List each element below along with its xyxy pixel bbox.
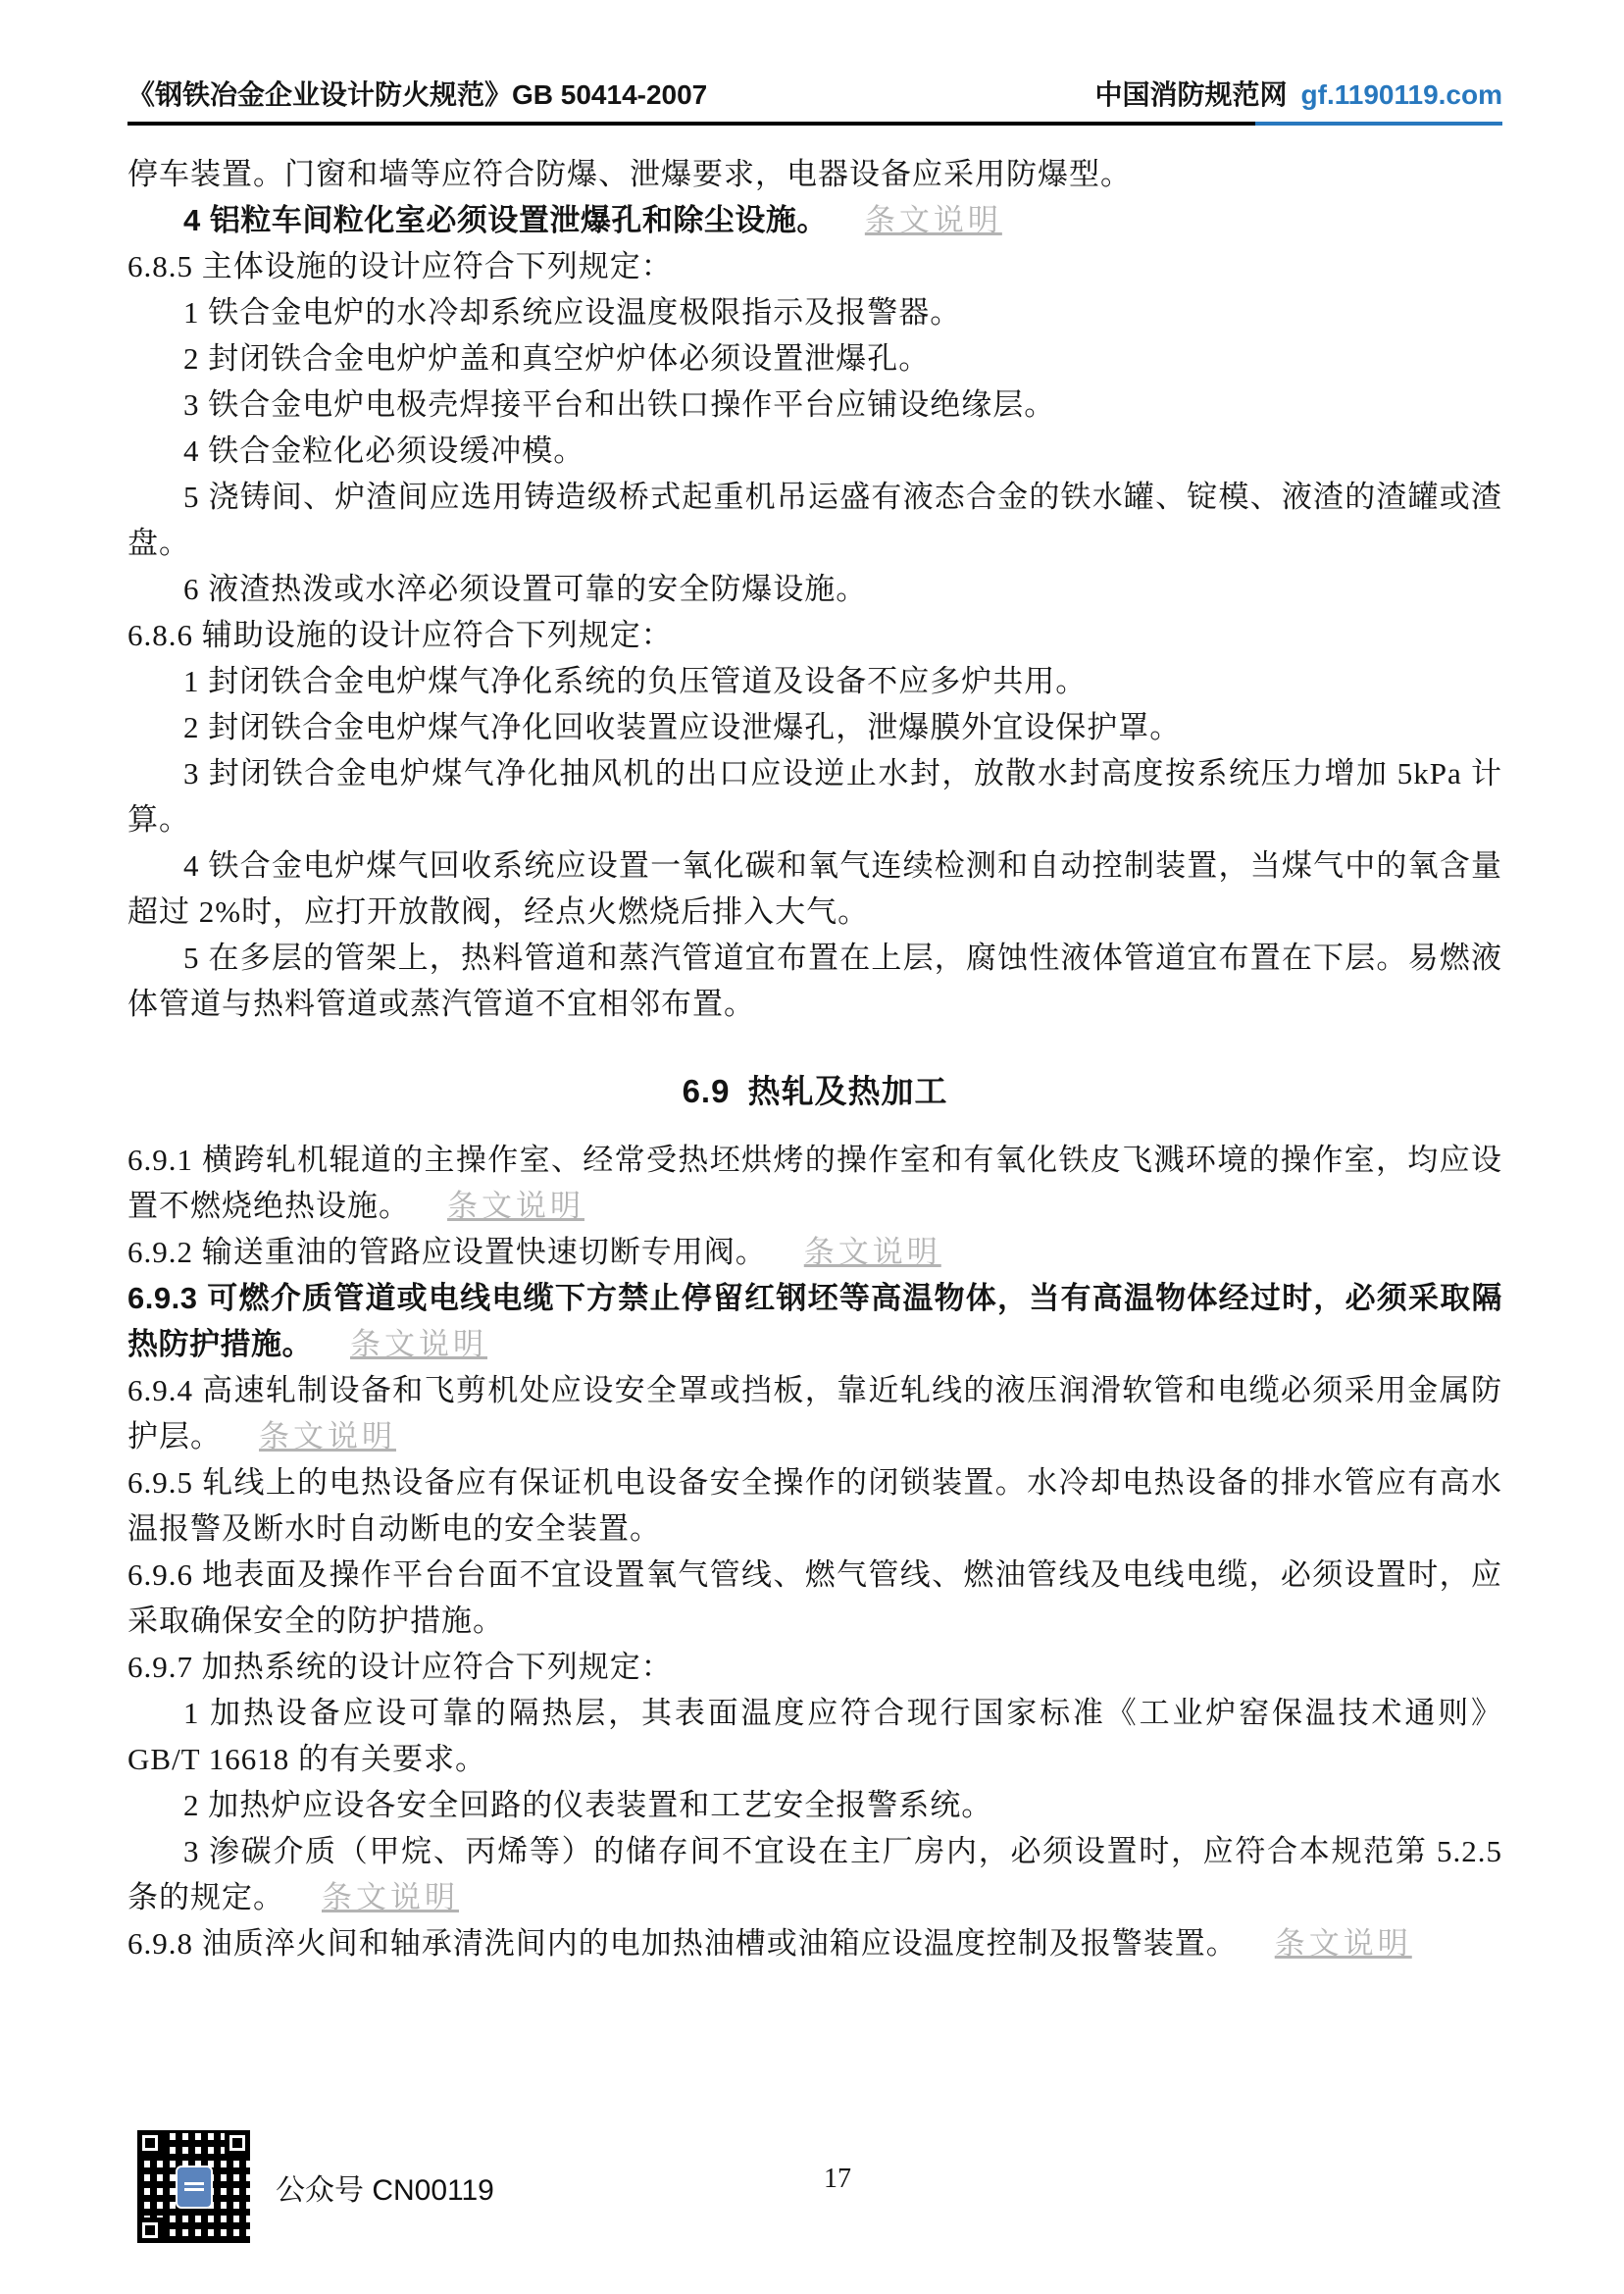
qr-finder-icon (137, 2218, 163, 2243)
paragraph: 3 渗碳介质（甲烷、丙烯等）的储存间不宜设在主厂房内，必须设置时，应符合本规范第… (127, 1828, 1502, 1920)
paragraph: 1 加热设备应设可靠的隔热层，其表面温度应符合现行国家标准《工业炉窑保温技术通则… (127, 1690, 1502, 1782)
paragraph-text: 6.9.1 横跨轧机辊道的主操作室、经常受热坯烘烤的操作室和有氧化铁皮飞溅环境的… (127, 1143, 1502, 1223)
paragraph-text: 5 在多层的管架上，热料管道和蒸汽管道宜布置在上层，腐蚀性液体管道宜布置在下层。… (127, 941, 1502, 1021)
paragraph: 2 加热炉应设各安全回路的仪表装置和工艺安全报警系统。 (127, 1782, 1502, 1828)
paragraph: 1 铁合金电炉的水冷却系统应设温度极限指示及报警器。 (127, 289, 1502, 335)
qr-code (137, 2130, 250, 2243)
qr-center-logo-icon (176, 2166, 213, 2209)
paragraph-text: 4 铁合金电炉煤气回收系统应设置一氧化碳和氧气连续检测和自动控制装置，当煤气中的… (127, 848, 1502, 929)
page-footer: 公众号 CN00119 (137, 2130, 494, 2243)
clause-explanation-link[interactable]: 条文说明 (259, 1419, 396, 1453)
paragraph: 6.9.4 高速轧制设备和飞剪机处应设安全罩或挡板，靠近轧线的液压润滑软管和电缆… (127, 1367, 1502, 1459)
paragraph: 6.9.2 输送重油的管路应设置快速切断专用阀。条文说明 (127, 1229, 1502, 1275)
paragraph-text: 1 加热设备应设可靠的隔热层，其表面温度应符合现行国家标准《工业炉窑保温技术通则… (127, 1696, 1502, 1776)
paragraph-text: 5 浇铸间、炉渣间应选用铸造级桥式起重机吊运盛有液态合金的铁水罐、锭模、液渣的渣… (127, 480, 1502, 560)
paragraph: 5 在多层的管架上，热料管道和蒸汽管道宜布置在上层，腐蚀性液体管道宜布置在下层。… (127, 935, 1502, 1027)
document-page: 《钢铁冶金企业设计防火规范》GB 50414-2007 中国消防规范网 gf.1… (0, 0, 1624, 2294)
paragraph: 6.9.8 油质淬火间和轴承清洗间内的电加热油槽或油箱应设温度控制及报警装置。条… (127, 1920, 1502, 1966)
paragraph: 6.8.6 辅助设施的设计应符合下列规定： (127, 612, 1502, 658)
paragraph: 停车装置。门窗和墙等应符合防爆、泄爆要求，电器设备应采用防爆型。 (127, 151, 1502, 197)
paragraph-text: 2 封闭铁合金电炉煤气净化回收装置应设泄爆孔，泄爆膜外宜设保护罩。 (183, 710, 1181, 744)
paragraph-text: 6.9.6 地表面及操作平台台面不宜设置氧气管线、燃气管线、燃油管线及电线电缆，… (127, 1557, 1502, 1638)
qr-finder-icon (137, 2130, 163, 2156)
section-heading: 6.9热轧及热加工 (127, 1068, 1502, 1114)
paragraph: 2 封闭铁合金电炉煤气净化回收装置应设泄爆孔，泄爆膜外宜设保护罩。 (127, 704, 1502, 750)
paragraph: 4 铁合金电炉煤气回收系统应设置一氧化碳和氧气连续检测和自动控制装置，当煤气中的… (127, 842, 1502, 935)
paragraph: 5 浇铸间、炉渣间应选用铸造级桥式起重机吊运盛有液态合金的铁水罐、锭模、液渣的渣… (127, 474, 1502, 566)
section-title: 热轧及热加工 (747, 1073, 947, 1109)
paragraphs-before-heading: 停车装置。门窗和墙等应符合防爆、泄爆要求，电器设备应采用防爆型。 4 铝粒车间粒… (127, 151, 1502, 1027)
document-body: 停车装置。门窗和墙等应符合防爆、泄爆要求，电器设备应采用防爆型。 4 铝粒车间粒… (127, 151, 1502, 1966)
paragraph: 3 封闭铁合金电炉煤气净化抽风机的出口应设逆止水封，放散水封高度按系统压力增加 … (127, 750, 1502, 842)
paragraph-text: 1 封闭铁合金电炉煤气净化系统的负压管道及设备不应多炉共用。 (183, 664, 1087, 698)
paragraph: 1 封闭铁合金电炉煤气净化系统的负压管道及设备不应多炉共用。 (127, 658, 1502, 704)
paragraph: 6.9.6 地表面及操作平台台面不宜设置氧气管线、燃气管线、燃油管线及电线电缆，… (127, 1552, 1502, 1644)
paragraph-text: 6.8.5 主体设施的设计应符合下列规定： (127, 249, 673, 283)
official-account-label: 公众号 CN00119 (276, 2166, 494, 2209)
paragraph-text: 2 加热炉应设各安全回路的仪表装置和工艺安全报警系统。 (183, 1788, 992, 1822)
header-rule (127, 122, 1502, 126)
paragraph-text: 4 铁合金粒化必须设缓冲模。 (183, 433, 584, 468)
paragraph-text: 6.9.2 输送重油的管路应设置快速切断专用阀。 (127, 1235, 767, 1269)
paragraph-text: 3 封闭铁合金电炉煤气净化抽风机的出口应设逆止水封，放散水封高度按系统压力增加 … (127, 756, 1502, 837)
page-number: 17 (824, 2164, 851, 2195)
site-link[interactable]: gf.1190119.com (1301, 78, 1502, 112)
paragraph: 6.9.3 可燃介质管道或电线电缆下方禁止停留红钢坯等高温物体，当有高温物体经过… (127, 1275, 1502, 1367)
document-title: 《钢铁冶金企业设计防火规范》GB 50414-2007 (127, 78, 707, 112)
clause-explanation-link[interactable]: 条文说明 (1275, 1926, 1412, 1961)
qr-finder-icon (225, 2130, 250, 2156)
paragraph-text: 6 液渣热泼或水淬必须设置可靠的安全防爆设施。 (183, 572, 867, 606)
section-number: 6.9 (683, 1073, 731, 1109)
paragraph-text: 2 封闭铁合金电炉炉盖和真空炉炉体必须设置泄爆孔。 (183, 341, 930, 376)
site-name: 中国消防规范网 (1095, 78, 1288, 112)
paragraph: 4 铁合金粒化必须设缓冲模。 (127, 428, 1502, 474)
paragraph-text: 6.9.8 油质淬火间和轴承清洗间内的电加热油槽或油箱应设温度控制及报警装置。 (127, 1926, 1238, 1961)
paragraph-text: 4 铝粒车间粒化室必须设置泄爆孔和除尘设施。 (183, 203, 828, 237)
paragraph-text: 停车装置。门窗和墙等应符合防爆、泄爆要求，电器设备应采用防爆型。 (127, 157, 1132, 191)
paragraph-text: 6.8.6 辅助设施的设计应符合下列规定： (127, 618, 673, 652)
clause-explanation-link[interactable]: 条文说明 (804, 1235, 941, 1269)
paragraph: 6.9.7 加热系统的设计应符合下列规定： (127, 1644, 1502, 1690)
paragraph: 6.8.5 主体设施的设计应符合下列规定： (127, 243, 1502, 289)
paragraph: 3 铁合金电炉电极壳焊接平台和出铁口操作平台应铺设绝缘层。 (127, 382, 1502, 428)
paragraphs-after-heading: 6.9.1 横跨轧机辊道的主操作室、经常受热坯烘烤的操作室和有氧化铁皮飞溅环境的… (127, 1137, 1502, 1966)
paragraph: 2 封闭铁合金电炉炉盖和真空炉炉体必须设置泄爆孔。 (127, 335, 1502, 382)
paragraph-text: 6.9.5 轧线上的电热设备应有保证机电设备安全操作的闭锁装置。水冷却电热设备的… (127, 1465, 1502, 1546)
clause-explanation-link[interactable]: 条文说明 (865, 203, 1002, 237)
paragraph-text: 6.9.3 可燃介质管道或电线电缆下方禁止停留红钢坯等高温物体，当有高温物体经过… (127, 1281, 1502, 1361)
clause-explanation-link[interactable]: 条文说明 (350, 1327, 487, 1361)
page-header: 《钢铁冶金企业设计防火规范》GB 50414-2007 中国消防规范网 gf.1… (127, 78, 1502, 126)
clause-explanation-link[interactable]: 条文说明 (447, 1189, 584, 1223)
paragraph: 4 铝粒车间粒化室必须设置泄爆孔和除尘设施。条文说明 (127, 197, 1502, 243)
paragraph-text: 3 铁合金电炉电极壳焊接平台和出铁口操作平台应铺设绝缘层。 (183, 387, 1055, 422)
header-rule-blue (1255, 122, 1502, 126)
paragraph: 6.9.1 横跨轧机辊道的主操作室、经常受热坯烘烤的操作室和有氧化铁皮飞溅环境的… (127, 1137, 1502, 1229)
paragraph-text: 6.9.7 加热系统的设计应符合下列规定： (127, 1650, 673, 1684)
header-rule-black (127, 122, 1255, 126)
paragraph: 6.9.5 轧线上的电热设备应有保证机电设备安全操作的闭锁装置。水冷却电热设备的… (127, 1459, 1502, 1552)
paragraph: 6 液渣热泼或水淬必须设置可靠的安全防爆设施。 (127, 566, 1502, 612)
paragraph-text: 1 铁合金电炉的水冷却系统应设温度极限指示及报警器。 (183, 295, 961, 330)
clause-explanation-link[interactable]: 条文说明 (322, 1880, 459, 1914)
